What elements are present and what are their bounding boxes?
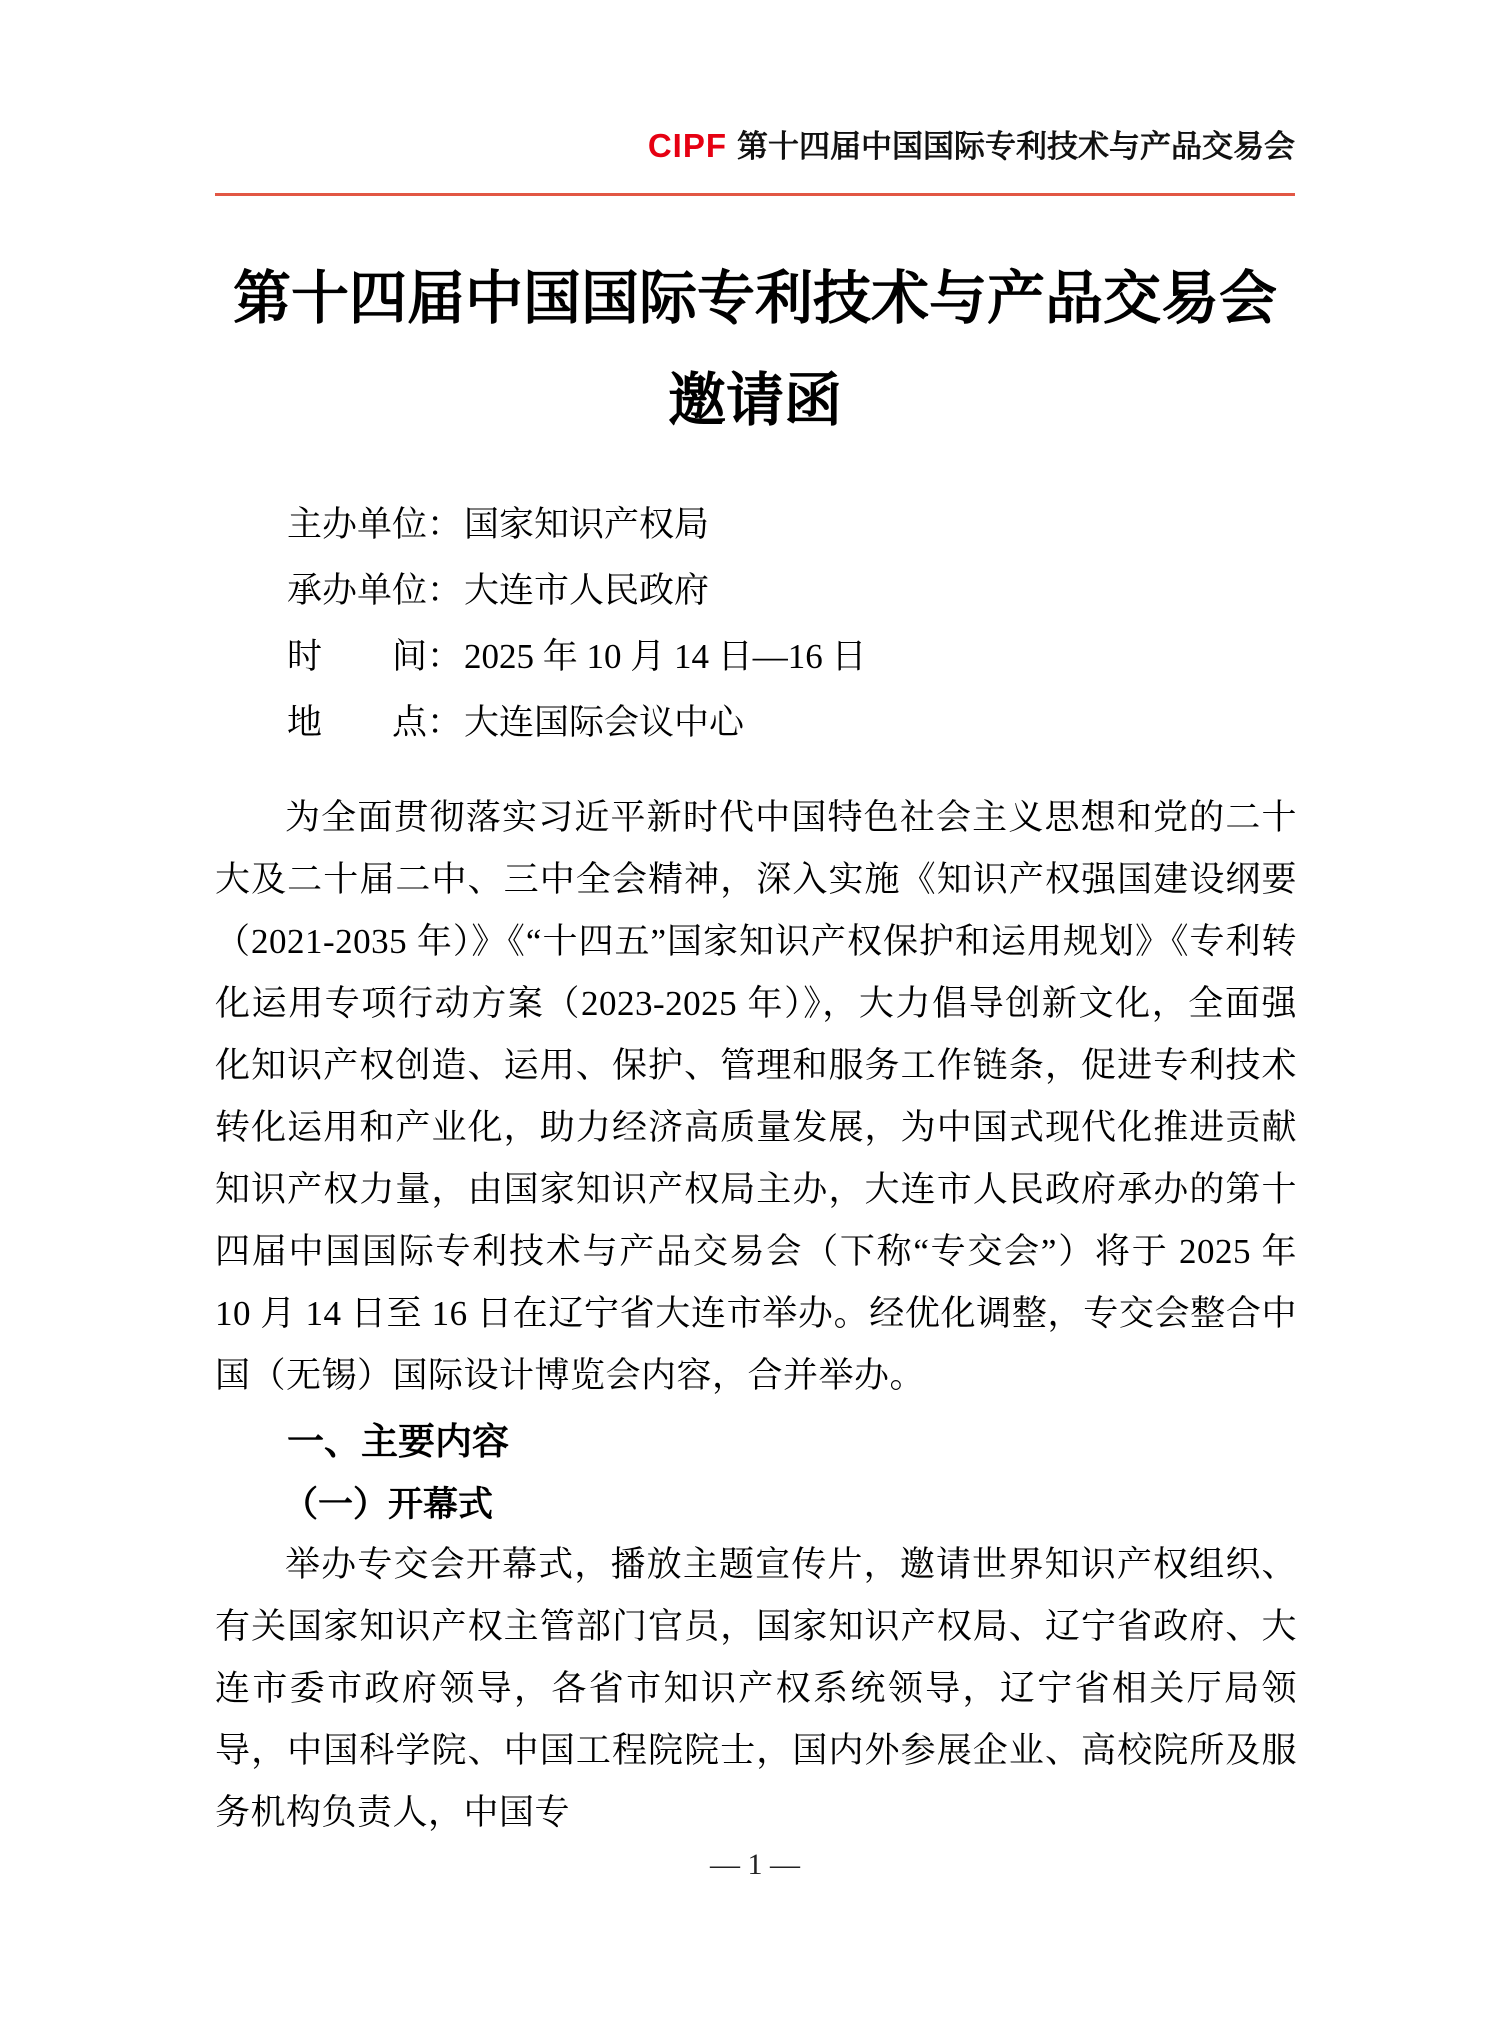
host-label: 承办单位： — [287, 571, 462, 610]
organizer-value: 国家知识产权局 — [464, 505, 709, 544]
cipf-logo: CIPF — [648, 127, 727, 164]
document-title: 第十四届中国国际专利技术与产品交易会 邀请函 — [215, 248, 1295, 452]
header-title-text: 第十四届中国国际专利技术与产品交易会 — [737, 129, 1295, 164]
time-value: 2025 年 10 月 14 日—16 日 — [464, 637, 867, 676]
organizer-label: 主办单位： — [287, 505, 462, 544]
info-block: 主办单位：国家知识产权局 承办单位：大连市人民政府 时 间：2025 年 10 … — [287, 492, 867, 756]
page-header: CIPF第十四届中国国际专利技术与产品交易会 — [215, 126, 1295, 167]
document-title-line2: 邀请函 — [215, 350, 1295, 452]
location-label: 地 点： — [287, 703, 462, 742]
info-row-host: 承办单位：大连市人民政府 — [287, 558, 867, 624]
time-label: 时 间： — [287, 637, 462, 676]
section-heading-main-content: 一、主要内容 — [287, 1420, 509, 1464]
info-row-location: 地 点：大连国际会议中心 — [287, 690, 867, 756]
info-row-organizer: 主办单位：国家知识产权局 — [287, 492, 867, 558]
subsection-heading-opening-ceremony: （一）开幕式 — [283, 1483, 493, 1527]
document-title-line1: 第十四届中国国际专利技术与产品交易会 — [215, 248, 1295, 350]
document-page: CIPF第十四届中国国际专利技术与产品交易会 第十四届中国国际专利技术与产品交易… — [0, 0, 1500, 2021]
host-value: 大连市人民政府 — [464, 571, 709, 610]
header-rule-divider — [215, 193, 1295, 196]
page-number: — 1 — — [215, 1845, 1295, 1885]
location-value: 大连国际会议中心 — [464, 703, 744, 742]
intro-paragraph: 为全面贯彻落实习近平新时代中国特色社会主义思想和党的二十大及二十届二中、三中全会… — [215, 787, 1297, 1407]
opening-ceremony-paragraph: 举办专交会开幕式，播放主题宣传片，邀请世界知识产权组织、有关国家知识产权主管部门… — [215, 1534, 1297, 1844]
info-row-time: 时 间：2025 年 10 月 14 日—16 日 — [287, 624, 867, 690]
